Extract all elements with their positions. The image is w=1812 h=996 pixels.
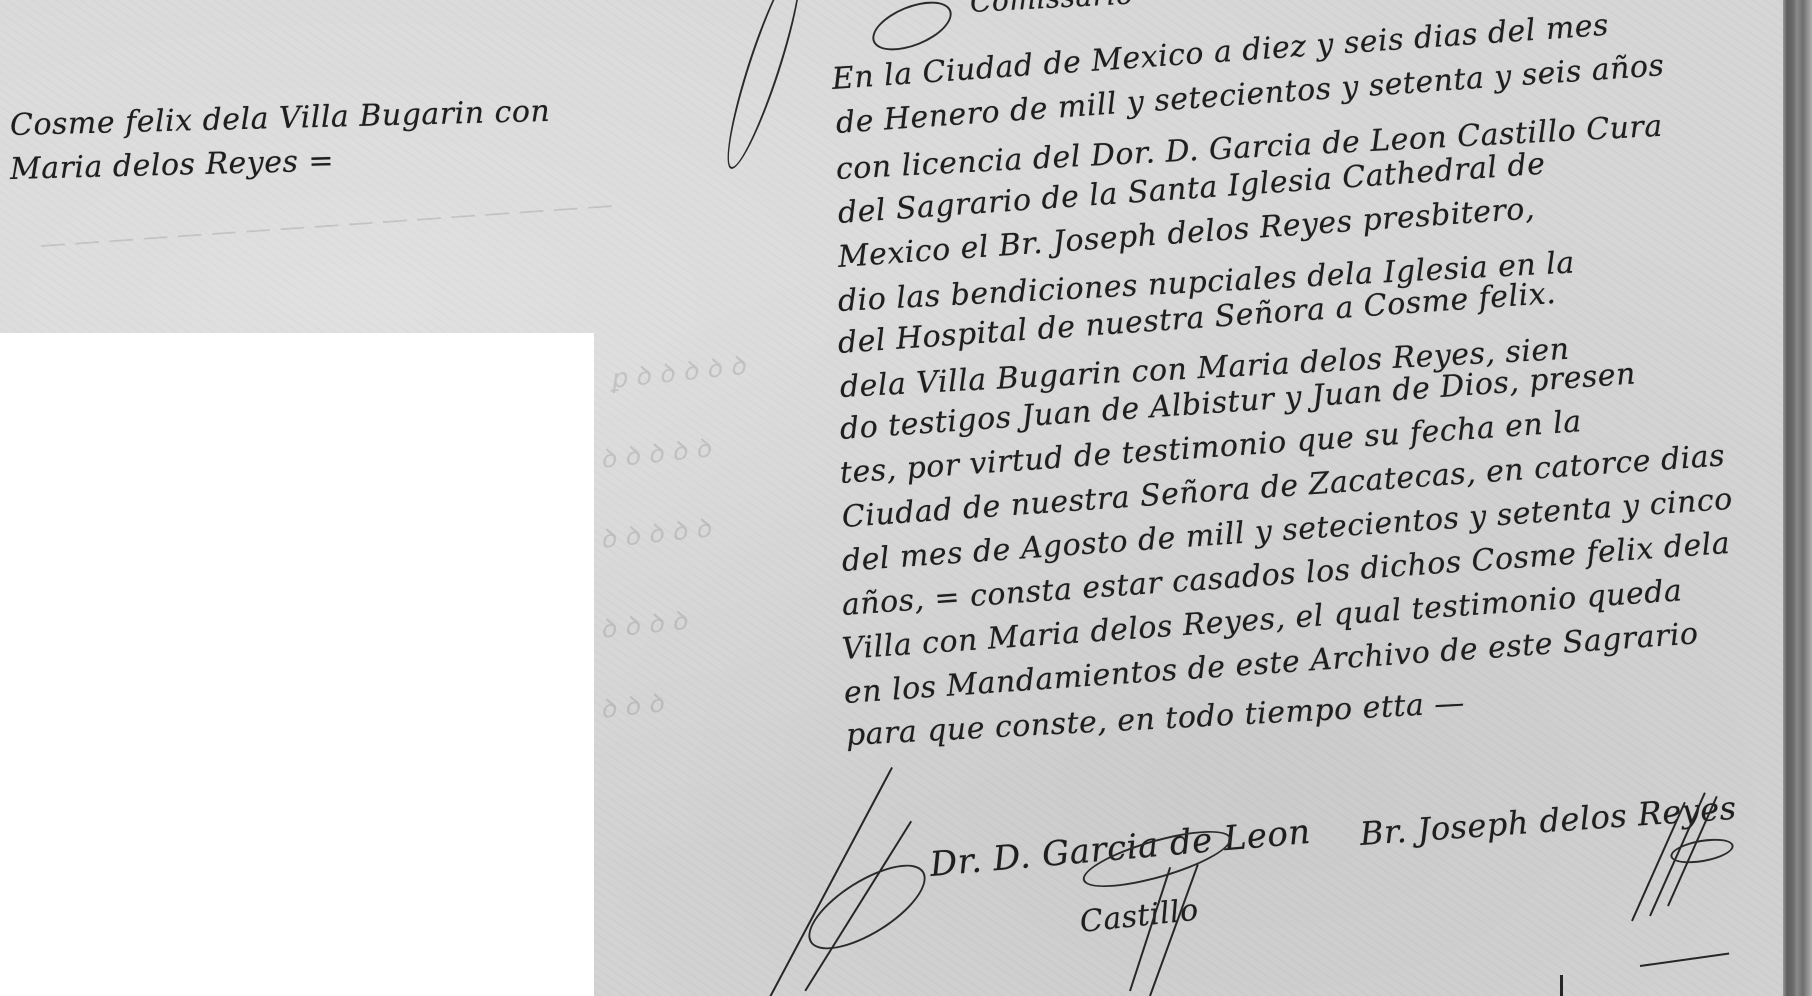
- binding-edge: [1783, 0, 1812, 996]
- bottom-partial-stroke-2: [1560, 975, 1563, 996]
- redaction-mask: [0, 333, 594, 996]
- bleed-through-text: ꝺ ꝺ ꝺ: [598, 683, 665, 725]
